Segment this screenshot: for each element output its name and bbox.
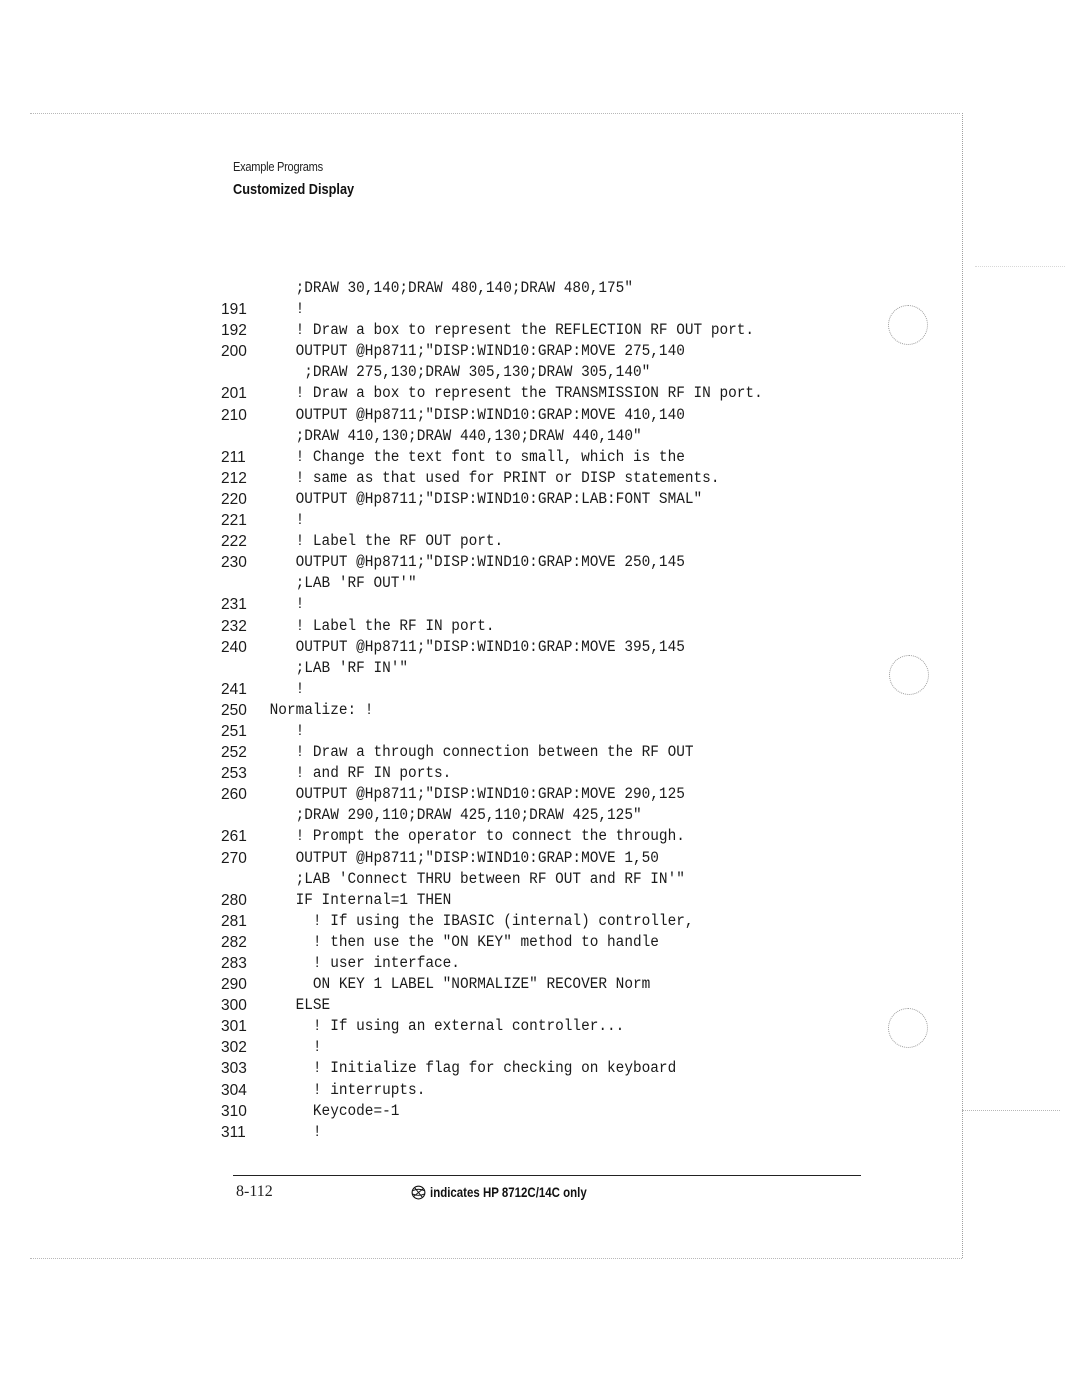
code-line: 282 ! then use the "ON KEY" method to ha…: [220, 932, 801, 953]
line-code: ! Initialize flag for checking on keyboa…: [261, 1058, 676, 1079]
code-line: 200 OUTPUT @Hp8711;"DISP:WIND10:GRAP:MOV…: [220, 341, 801, 362]
line-code: !: [261, 594, 304, 615]
footer-rule: [233, 1175, 861, 1176]
code-line: 310 Keycode=-1: [220, 1101, 801, 1122]
line-number: 250: [220, 700, 261, 721]
line-number: 232: [220, 616, 261, 637]
code-line: 231 !: [220, 594, 801, 615]
code-line: 280 IF Internal=1 THEN: [220, 890, 801, 911]
page-edge-right: [962, 113, 963, 1258]
line-number: 240: [220, 637, 261, 658]
line-number: 270: [220, 848, 261, 869]
page-edge-mark-2: [975, 266, 1065, 267]
line-code: ;LAB 'RF OUT'": [261, 573, 417, 594]
line-code: ;DRAW 275,130;DRAW 305,130;DRAW 305,140": [261, 362, 650, 383]
line-code: ! and RF IN ports.: [261, 763, 451, 784]
line-number: [220, 278, 261, 299]
code-line: 302 !: [220, 1037, 801, 1058]
line-code: ! Draw a box to represent the TRANSMISSI…: [261, 383, 763, 404]
line-number: 201: [220, 383, 261, 404]
code-line: 253 ! and RF IN ports.: [220, 763, 801, 784]
line-code: OUTPUT @Hp8711;"DISP:WIND10:GRAP:MOVE 1,…: [261, 848, 659, 869]
code-line: 252 ! Draw a through connection between …: [220, 742, 801, 763]
line-code: !: [261, 1122, 322, 1143]
code-line: ;LAB 'Connect THRU between RF OUT and RF…: [220, 869, 801, 890]
line-code: ! then use the "ON KEY" method to handle: [261, 932, 659, 953]
line-number: [220, 573, 261, 594]
line-code: !: [261, 721, 304, 742]
line-code: OUTPUT @Hp8711;"DISP:WIND10:GRAP:MOVE 39…: [261, 637, 685, 658]
code-line: 230 OUTPUT @Hp8711;"DISP:WIND10:GRAP:MOV…: [220, 552, 801, 573]
section-label: Example Programs: [233, 158, 354, 176]
page-edge-top: [30, 113, 960, 114]
line-number: 300: [220, 995, 261, 1016]
code-line: 261 ! Prompt the operator to connect the…: [220, 826, 801, 847]
footer-note: indicates HP 8712C/14C only: [411, 1184, 621, 1200]
line-number: 230: [220, 552, 261, 573]
line-number: 221: [220, 510, 261, 531]
line-code: OUTPUT @Hp8711;"DISP:WIND10:GRAP:MOVE 27…: [261, 341, 685, 362]
code-line: 251 !: [220, 721, 801, 742]
globe-icon: [411, 1185, 426, 1200]
footer-note-text: indicates HP 8712C/14C only: [430, 1184, 587, 1200]
code-line: 303 ! Initialize flag for checking on ke…: [220, 1058, 801, 1079]
line-code: OUTPUT @Hp8711;"DISP:WIND10:GRAP:MOVE 29…: [261, 784, 685, 805]
page-header: Example Programs Customized Display: [233, 158, 376, 201]
code-line: 210 OUTPUT @Hp8711;"DISP:WIND10:GRAP:MOV…: [220, 405, 801, 426]
code-line: ;LAB 'RF IN'": [220, 658, 801, 679]
line-code: ! Prompt the operator to connect the thr…: [261, 826, 685, 847]
code-line: 260 OUTPUT @Hp8711;"DISP:WIND10:GRAP:MOV…: [220, 784, 801, 805]
line-code: ! Label the RF OUT port.: [261, 531, 503, 552]
line-number: 282: [220, 932, 261, 953]
code-line: ;DRAW 410,130;DRAW 440,130;DRAW 440,140": [220, 426, 801, 447]
line-number: 231: [220, 594, 261, 615]
line-number: 261: [220, 826, 261, 847]
code-line: 270 OUTPUT @Hp8711;"DISP:WIND10:GRAP:MOV…: [220, 848, 801, 869]
line-code: ! Change the text font to small, which i…: [261, 447, 685, 468]
line-code: !: [261, 299, 304, 320]
code-line: ;LAB 'RF OUT'": [220, 573, 801, 594]
line-number: 220: [220, 489, 261, 510]
punch-hole-icon: [888, 305, 928, 345]
line-number: [220, 362, 261, 383]
line-code: ;DRAW 410,130;DRAW 440,130;DRAW 440,140": [261, 426, 642, 447]
line-code: OUTPUT @Hp8711;"DISP:WIND10:GRAP:LAB:FON…: [261, 489, 702, 510]
code-line: ;DRAW 275,130;DRAW 305,130;DRAW 305,140": [220, 362, 801, 383]
line-number: 212: [220, 468, 261, 489]
line-code: ;DRAW 30,140;DRAW 480,140;DRAW 480,175": [261, 278, 633, 299]
line-code: ! interrupts.: [261, 1080, 425, 1101]
line-number: 290: [220, 974, 261, 995]
line-number: 222: [220, 531, 261, 552]
line-code: ! Draw a box to represent the REFLECTION…: [261, 320, 754, 341]
punch-hole-icon: [888, 1008, 928, 1048]
line-number: [220, 805, 261, 826]
line-number: 252: [220, 742, 261, 763]
line-code: Keycode=-1: [261, 1101, 399, 1122]
code-line: 304 ! interrupts.: [220, 1080, 801, 1101]
punch-hole-icon: [889, 655, 929, 695]
line-code: ! If using the IBASIC (internal) control…: [261, 911, 694, 932]
code-line: ;DRAW 290,110;DRAW 425,110;DRAW 425,125": [220, 805, 801, 826]
line-code: ! Label the RF IN port.: [261, 616, 495, 637]
line-number: 301: [220, 1016, 261, 1037]
code-line: 212 ! same as that used for PRINT or DIS…: [220, 468, 801, 489]
line-number: 260: [220, 784, 261, 805]
line-number: 303: [220, 1058, 261, 1079]
line-code: OUTPUT @Hp8711;"DISP:WIND10:GRAP:MOVE 25…: [261, 552, 685, 573]
code-line: 290 ON KEY 1 LABEL "NORMALIZE" RECOVER N…: [220, 974, 801, 995]
line-number: 210: [220, 405, 261, 426]
code-line: 201 ! Draw a box to represent the TRANSM…: [220, 383, 801, 404]
code-line: 232 ! Label the RF IN port.: [220, 616, 801, 637]
line-code: ! same as that used for PRINT or DISP st…: [261, 468, 719, 489]
page-footer: 8-112 indicates HP 8712C/14C only: [236, 1183, 866, 1207]
line-number: [220, 658, 261, 679]
line-number: 191: [220, 299, 261, 320]
line-code: ! user interface.: [261, 953, 460, 974]
code-line: 211 ! Change the text font to small, whi…: [220, 447, 801, 468]
code-line: 221 !: [220, 510, 801, 531]
code-line: 281 ! If using the IBASIC (internal) con…: [220, 911, 801, 932]
line-code: ;DRAW 290,110;DRAW 425,110;DRAW 425,125": [261, 805, 642, 826]
line-number: [220, 426, 261, 447]
line-code: IF Internal=1 THEN: [261, 890, 451, 911]
line-number: 310: [220, 1101, 261, 1122]
code-line: 222 ! Label the RF OUT port.: [220, 531, 801, 552]
code-line: 311 !: [220, 1122, 801, 1143]
line-code: ! If using an external controller...: [261, 1016, 624, 1037]
line-code: Normalize: !: [261, 700, 373, 721]
code-line: ;DRAW 30,140;DRAW 480,140;DRAW 480,175": [220, 278, 801, 299]
line-number: 311: [220, 1122, 261, 1143]
line-code: ON KEY 1 LABEL "NORMALIZE" RECOVER Norm: [261, 974, 650, 995]
page-edge-bottom: [30, 1258, 962, 1259]
line-number: 302: [220, 1037, 261, 1058]
code-line: 300 ELSE: [220, 995, 801, 1016]
line-code: ;LAB 'RF IN'": [261, 658, 408, 679]
line-number: [220, 869, 261, 890]
line-number: 211: [220, 447, 261, 468]
line-number: 200: [220, 341, 261, 362]
line-code: !: [261, 1037, 322, 1058]
line-code: ;LAB 'Connect THRU between RF OUT and RF…: [261, 869, 685, 890]
line-number: 253: [220, 763, 261, 784]
code-line: 191 !: [220, 299, 801, 320]
code-listing: ;DRAW 30,140;DRAW 480,140;DRAW 480,175"1…: [220, 278, 801, 1143]
page-edge-mark: [962, 1110, 1060, 1111]
page-number: 8-112: [236, 1183, 273, 1201]
line-number: 192: [220, 320, 261, 341]
code-line: 192 ! Draw a box to represent the REFLEC…: [220, 320, 801, 341]
line-code: ELSE: [261, 995, 330, 1016]
line-code: ! Draw a through connection between the …: [261, 742, 694, 763]
code-line: 301 ! If using an external controller...: [220, 1016, 801, 1037]
line-number: 281: [220, 911, 261, 932]
line-number: 241: [220, 679, 261, 700]
code-line: 240 OUTPUT @Hp8711;"DISP:WIND10:GRAP:MOV…: [220, 637, 801, 658]
code-line: 241 !: [220, 679, 801, 700]
line-code: OUTPUT @Hp8711;"DISP:WIND10:GRAP:MOVE 41…: [261, 405, 685, 426]
line-number: 283: [220, 953, 261, 974]
line-code: !: [261, 510, 304, 531]
section-title: Customized Display: [233, 179, 354, 201]
code-line: 220 OUTPUT @Hp8711;"DISP:WIND10:GRAP:LAB…: [220, 489, 801, 510]
code-line: 283 ! user interface.: [220, 953, 801, 974]
line-number: 251: [220, 721, 261, 742]
line-number: 304: [220, 1080, 261, 1101]
line-number: 280: [220, 890, 261, 911]
code-line: 250 Normalize: !: [220, 700, 801, 721]
line-code: !: [261, 679, 304, 700]
